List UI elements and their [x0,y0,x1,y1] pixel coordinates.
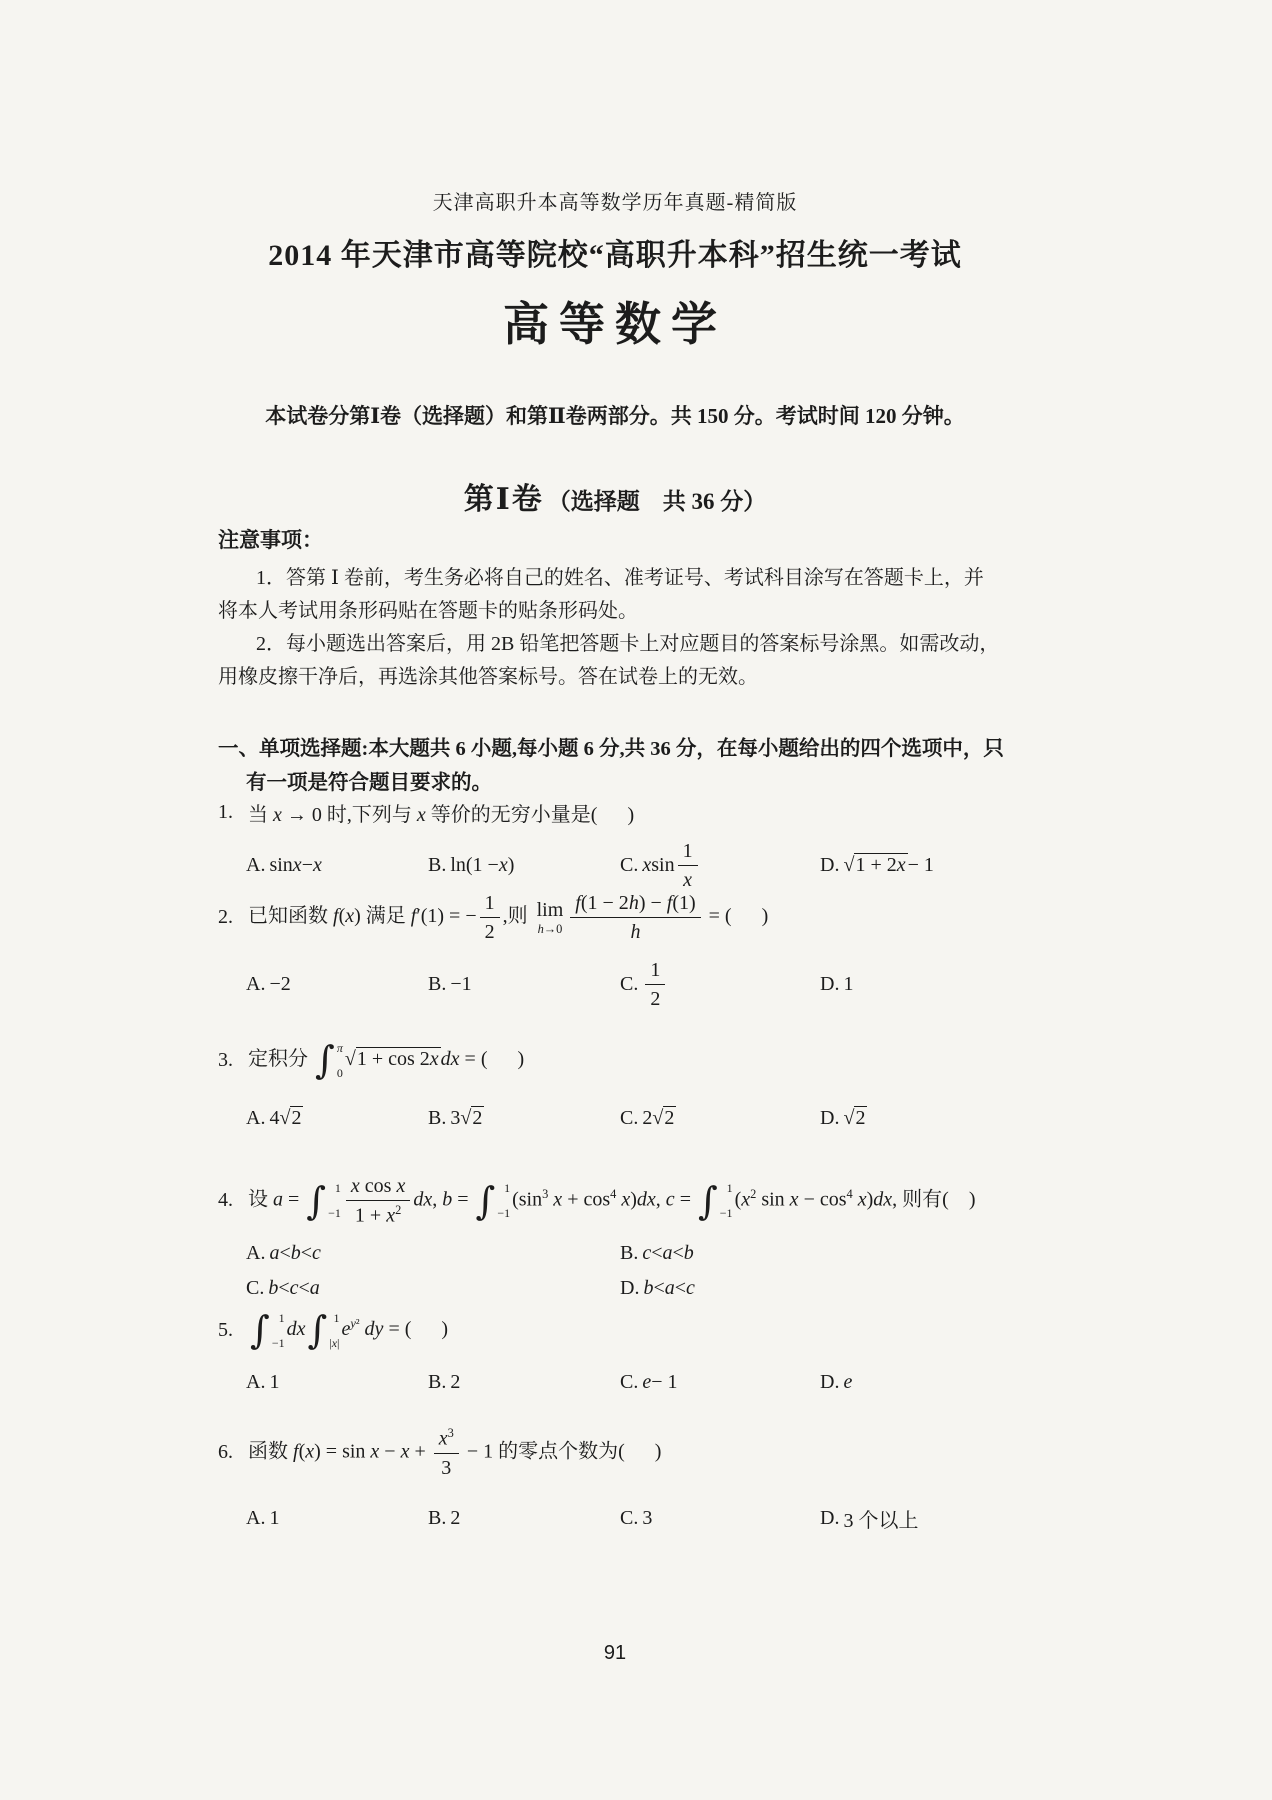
option-label: B. [428,1507,446,1530]
question-2: 2.已知函数 f(x) 满足 f′(1) = −12,则 limh→0f(1 −… [218,891,1158,1011]
question-2-option-D: D. 1 [820,973,1158,996]
question-3-option-D: D. √2 [820,1107,1158,1130]
notice-lines: 1．答第 Ⅰ 卷前，考生务必将自己的姓名、准考证号、考试科目涂写在答题卡上，并将… [218,562,1138,694]
question-6-options: A. 1B. 2C. 3D. 3 个以上 [218,1504,1158,1533]
question-4-option-B: B. c < a < b [620,1242,994,1265]
question-3-option-C: C. 2√2 [620,1107,820,1130]
question-6-option-B: B. 2 [428,1507,620,1530]
question-1-options: A. sin x − xB. ln(1 − x)C. x sin1xD. √1 … [218,839,1158,892]
option-label: A. [246,854,265,877]
question-5-option-C: C. e − 1 [620,1371,820,1394]
question-6-stem: 函数 f(x) = sin x − x + x33 − 1 的零点个数为( ) [248,1426,1158,1480]
question-3-options: A. 4√2B. 3√2C. 2√2D. √2 [218,1107,1158,1130]
exam-info: 本试卷分第Ⅰ卷（选择题）和第Ⅱ卷两部分。共 150 分。考试时间 120 分钟。 [0,400,1230,430]
question-3-option-B: B. 3√2 [428,1107,620,1130]
question-2-option-B: B. −1 [428,973,620,996]
notice-heading: 注意事项： [218,524,1138,554]
notice-line-1: 1．答第 Ⅰ 卷前，考生务必将自己的姓名、准考证号、考试科目涂写在答题卡上，并 [218,562,1138,595]
option-label: B. [620,1242,638,1265]
option-label: D. [820,1371,839,1394]
option-label: A. [246,1242,265,1265]
part-heading: 一、单项选择题:本大题共 6 小题,每小题 6 分,共 36 分，在每小题给出的… [218,732,1168,800]
option-label: B. [428,1107,446,1130]
question-6-option-C: C. 3 [620,1507,820,1530]
notices: 注意事项： 1．答第 Ⅰ 卷前，考生务必将自己的姓名、准考证号、考试科目涂写在答… [218,524,1138,694]
option-label: B. [428,1371,446,1394]
notice-line-4: 用橡皮擦干净后，再选涂其他答案标号。答在试卷上的无效。 [218,661,1138,694]
section-title-main: 第Ⅰ卷 [464,483,544,516]
question-5-options: A. 1B. 2C. e − 1D. e [218,1371,1158,1394]
question-1-option-A: A. sin x − x [246,854,428,877]
option-label: C. [620,1107,638,1130]
section-title: 第Ⅰ卷 （选择题 共 36 分） [0,474,1230,518]
option-label: C. [620,973,638,996]
question-1: 1.当 x → 0 时,下列与 x 等价的无穷小量是( )A. sin x − … [218,798,1158,892]
part-heading-line1: 一、单项选择题:本大题共 6 小题,每小题 6 分,共 36 分，在每小题给出的… [218,732,1168,766]
option-label: C. [620,1371,638,1394]
option-label: A. [246,1107,265,1130]
option-label: D. [820,973,839,996]
question-6-number: 6. [218,1441,248,1464]
part-heading-line2: 有一项是符合题目要求的。 [218,766,1168,800]
question-4: 4.设 a = ∫1−1x cos x1 + x2dx, b = ∫1−1(si… [218,1174,1158,1300]
question-5-number: 5. [218,1319,248,1342]
question-6: 6.函数 f(x) = sin x − x + x33 − 1 的零点个数为( … [218,1426,1158,1533]
option-label: A. [246,1371,265,1394]
question-1-option-B: B. ln(1 − x) [428,854,620,877]
question-4-option-A: A. a < b < c [246,1242,620,1265]
question-3-option-A: A. 4√2 [246,1107,428,1130]
option-label: B. [428,854,446,877]
header-note: 天津高职升本高等数学历年真题-精简版 [0,186,1230,215]
question-3-number: 3. [218,1049,248,1072]
question-5-option-D: D. e [820,1371,1158,1394]
question-2-options: A. −2B. −1C. 12D. 1 [218,958,1158,1011]
question-1-option-D: D. √1 + 2x − 1 [820,854,1158,877]
question-4-option-C: C. b < c < a [246,1277,620,1300]
option-label: A. [246,1507,265,1530]
question-1-stem: 当 x → 0 时,下列与 x 等价的无穷小量是( ) [248,798,1158,827]
question-3-stem: 定积分 ∫π0√1 + cos 2xdx = ( ) [248,1040,1158,1081]
question-5-stem: ∫1−1dx∫1|x|ey² dy = ( ) [248,1310,1158,1351]
question-4-stem: 设 a = ∫1−1x cos x1 + x2dx, b = ∫1−1(sin3… [248,1174,1158,1228]
question-2-option-C: C. 12 [620,958,820,1011]
question-5-option-B: B. 2 [428,1371,620,1394]
exam-title: 2014 年天津市高等院校“高职升本科”招生统一考试 [0,230,1230,274]
question-6-option-A: A. 1 [246,1507,428,1530]
option-label: C. [620,1507,638,1530]
section-title-sub: （选择题 共 36 分） [548,489,767,514]
question-1-number: 1. [218,801,248,824]
subject-title: 高等数学 [0,288,1230,354]
notice-line-2: 将本人考试用条形码贴在答题卡的贴条形码处。 [218,595,1138,628]
option-label: C. [620,854,638,877]
option-label: D. [820,1507,839,1530]
question-4-option-D: D. b < a < c [620,1277,994,1300]
page: 天津高职升本高等数学历年真题-精简版 2014 年天津市高等院校“高职升本科”招… [0,0,1272,1800]
question-2-number: 2. [218,906,248,929]
option-label: B. [428,973,446,996]
question-2-stem: 已知函数 f(x) 满足 f′(1) = −12,则 limh→0f(1 − 2… [248,891,1158,944]
question-4-options: A. a < b < cB. c < a < bC. b < c < aD. b… [218,1242,1158,1300]
question-5-option-A: A. 1 [246,1371,428,1394]
notice-line-3: 2．每小题选出答案后，用 2B 铅笔把答题卡上对应题目的答案标号涂黑。如需改动， [218,628,1138,661]
question-2-option-A: A. −2 [246,973,428,996]
page-number: 91 [0,1642,1230,1665]
option-label: A. [246,973,265,996]
option-label: D. [820,854,839,877]
question-1-option-C: C. x sin1x [620,839,820,892]
option-label: D. [620,1277,639,1300]
option-label: D. [820,1107,839,1130]
question-4-number: 4. [218,1189,248,1212]
question-3: 3.定积分 ∫π0√1 + cos 2xdx = ( )A. 4√2B. 3√2… [218,1040,1158,1130]
option-label: C. [246,1277,264,1300]
question-6-option-D: D. 3 个以上 [820,1504,1158,1533]
question-5: 5.∫1−1dx∫1|x|ey² dy = ( )A. 1B. 2C. e − … [218,1310,1158,1394]
